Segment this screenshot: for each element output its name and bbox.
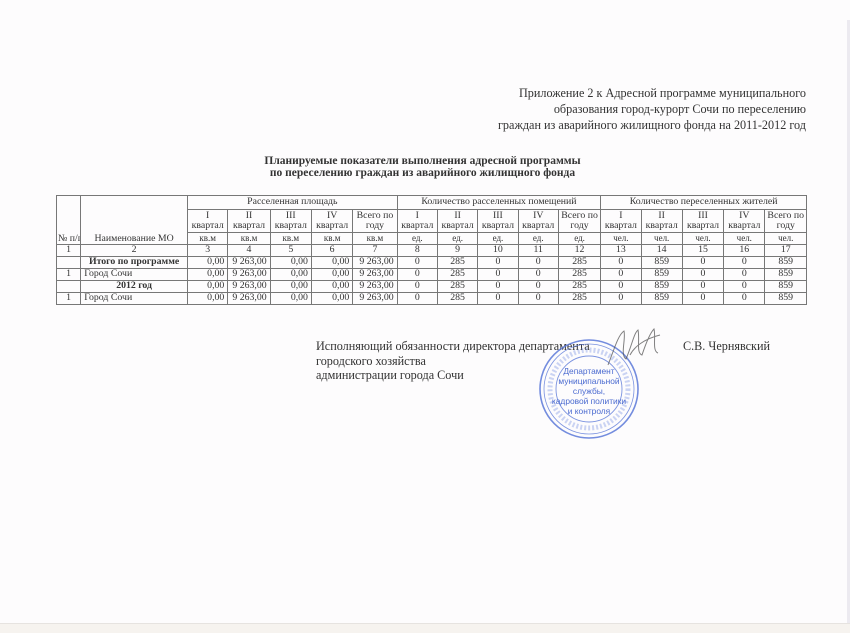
data-cell: 0,00: [311, 281, 352, 293]
data-cell: 0: [682, 257, 723, 269]
data-cell: 0,00: [188, 257, 228, 269]
data-cell: 0: [724, 281, 765, 293]
unit-cell: чел.: [682, 233, 723, 245]
group-header: Расселенная площадь: [188, 196, 398, 210]
unit-cell: чел.: [641, 233, 682, 245]
data-cell: 0: [397, 281, 437, 293]
data-cell: 0: [682, 293, 723, 305]
appendix-line: образования город-курорт Сочи по пересел…: [498, 101, 806, 117]
unit-cell: чел.: [601, 233, 641, 245]
column-index: 10: [478, 245, 518, 257]
quarter-header: IIIквартал: [270, 210, 311, 233]
unit-cell: ед.: [397, 233, 437, 245]
data-cell: 0,00: [270, 293, 311, 305]
data-cell: 9 263,00: [353, 257, 397, 269]
data-cell: 285: [437, 257, 477, 269]
quarter-header: IIIквартал: [682, 210, 723, 233]
data-cell: 0: [601, 257, 641, 269]
data-cell: 0: [518, 257, 558, 269]
data-cell: 0: [397, 269, 437, 281]
data-cell: 0,00: [188, 281, 228, 293]
data-cell: 0,00: [311, 293, 352, 305]
column-index: 6: [311, 245, 352, 257]
column-index: 13: [601, 245, 641, 257]
column-index: 16: [724, 245, 765, 257]
table-row: Итого по программе0,009 263,000,000,009 …: [57, 257, 807, 269]
data-cell: 859: [641, 281, 682, 293]
quarter-header: IVквартал: [724, 210, 765, 233]
quarter-header: IIIквартал: [478, 210, 518, 233]
title-line: Планируемые показатели выполнения адресн…: [240, 155, 605, 167]
quarter-word: квартал: [439, 221, 476, 232]
table-row: 2012 год0,009 263,000,000,009 263,000285…: [57, 281, 807, 293]
unit-cell: ед.: [558, 233, 600, 245]
column-index-row: 1234567891011121314151617: [57, 245, 807, 257]
column-index: 9: [437, 245, 477, 257]
unit-cell: ед.: [518, 233, 558, 245]
document-title: Планируемые показатели выполнения адресн…: [240, 155, 605, 179]
stamp-line: муниципальной: [538, 376, 640, 386]
quarter-word: квартал: [313, 221, 351, 232]
quarter-word: квартал: [520, 221, 557, 232]
quarter-header: IIквартал: [228, 210, 270, 233]
column-index: 14: [641, 245, 682, 257]
quarter-word: квартал: [189, 221, 226, 232]
data-cell: 0,00: [311, 269, 352, 281]
header-name: Наименование МО: [81, 196, 188, 245]
unit-cell: ед.: [437, 233, 477, 245]
data-cell: 0: [724, 293, 765, 305]
quarter-word: квартал: [229, 221, 268, 232]
column-index: 15: [682, 245, 723, 257]
data-cell: 0: [682, 281, 723, 293]
column-index: 2: [81, 245, 188, 257]
appendix-line: граждан из аварийного жилищного фонда на…: [498, 117, 806, 133]
header-num: № п/п: [57, 196, 81, 245]
column-index: 8: [397, 245, 437, 257]
data-cell: 0: [478, 293, 518, 305]
data-cell: 0: [601, 293, 641, 305]
page-edge: [0, 623, 850, 633]
data-cell: 285: [558, 293, 600, 305]
data-cell: 285: [558, 281, 600, 293]
total-line: году: [766, 221, 805, 232]
data-cell: 9 263,00: [353, 281, 397, 293]
quarter-header: IVквартал: [518, 210, 558, 233]
stamp-line: кадровой политики: [538, 396, 640, 406]
column-index: 4: [228, 245, 270, 257]
data-cell: 285: [558, 257, 600, 269]
data-cell: 0: [397, 257, 437, 269]
data-cell: 0: [601, 269, 641, 281]
unit-cell: кв.м: [270, 233, 311, 245]
data-cell: 9 263,00: [228, 281, 270, 293]
column-index: 1: [57, 245, 81, 257]
table-row: 1Город Сочи0,009 263,000,000,009 263,000…: [57, 269, 807, 281]
data-cell: 0: [478, 269, 518, 281]
stamp-line: и контроля: [538, 406, 640, 416]
data-cell: 859: [641, 257, 682, 269]
quarter-header: IIквартал: [437, 210, 477, 233]
quarter-header: IVквартал: [311, 210, 352, 233]
row-name: Итого по программе: [81, 257, 188, 269]
quarter-word: квартал: [602, 221, 639, 232]
data-cell: 0: [518, 269, 558, 281]
row-num: 1: [57, 293, 81, 305]
column-index: 7: [353, 245, 397, 257]
data-cell: 285: [437, 281, 477, 293]
data-cell: 0: [682, 269, 723, 281]
unit-cell: чел.: [765, 233, 807, 245]
column-index: 3: [188, 245, 228, 257]
title-line: по переселению граждан из аварийного жил…: [240, 167, 605, 179]
row-name: 2012 год: [81, 281, 188, 293]
stamp-line: службы,: [538, 386, 640, 396]
data-cell: 9 263,00: [353, 269, 397, 281]
quarter-header: Iквартал: [188, 210, 228, 233]
quarter-header: IIквартал: [641, 210, 682, 233]
data-cell: 0: [397, 293, 437, 305]
data-cell: 0: [724, 257, 765, 269]
data-cell: 0,00: [270, 281, 311, 293]
quarter-header: Iквартал: [397, 210, 437, 233]
total-line: году: [354, 221, 395, 232]
appendix-line: Приложение 2 к Адресной программе муници…: [498, 85, 806, 101]
data-cell: 859: [765, 269, 807, 281]
data-cell: 0: [518, 281, 558, 293]
quarter-header: Iквартал: [601, 210, 641, 233]
row-num: [57, 281, 81, 293]
total-line: году: [560, 221, 599, 232]
quarter-word: квартал: [684, 221, 722, 232]
quarter-word: квартал: [272, 221, 310, 232]
total-header: Всего погоду: [558, 210, 600, 233]
header-row-groups: № п/пНаименование МОРасселенная площадьК…: [57, 196, 807, 210]
data-cell: 9 263,00: [353, 293, 397, 305]
data-cell: 285: [437, 293, 477, 305]
data-cell: 859: [765, 293, 807, 305]
column-index: 17: [765, 245, 807, 257]
row-num: 1: [57, 269, 81, 281]
data-cell: 859: [765, 257, 807, 269]
total-header: Всего погоду: [765, 210, 807, 233]
data-cell: 0: [601, 281, 641, 293]
unit-cell: кв.м: [311, 233, 352, 245]
data-cell: 9 263,00: [228, 269, 270, 281]
data-cell: 9 263,00: [228, 257, 270, 269]
table-row: 1Город Сочи0,009 263,000,000,009 263,000…: [57, 293, 807, 305]
data-cell: 9 263,00: [228, 293, 270, 305]
data-cell: 0,00: [188, 269, 228, 281]
signer-name: С.В. Чернявский: [683, 339, 770, 354]
unit-cell: кв.м: [228, 233, 270, 245]
data-cell: 0: [724, 269, 765, 281]
data-cell: 285: [558, 269, 600, 281]
indicators-table: № п/пНаименование МОРасселенная площадьК…: [56, 195, 807, 305]
row-name: Город Сочи: [81, 293, 188, 305]
stamp-text: Департамент муниципальной службы, кадров…: [538, 366, 640, 416]
data-cell: 285: [437, 269, 477, 281]
column-index: 12: [558, 245, 600, 257]
column-index: 11: [518, 245, 558, 257]
data-cell: 0: [478, 257, 518, 269]
quarter-word: квартал: [399, 221, 436, 232]
data-cell: 0,00: [188, 293, 228, 305]
row-num: [57, 257, 81, 269]
data-cell: 859: [641, 293, 682, 305]
data-cell: 859: [765, 281, 807, 293]
row-name: Город Сочи: [81, 269, 188, 281]
group-header: Количество расселенных помещений: [397, 196, 601, 210]
quarter-word: квартал: [643, 221, 681, 232]
appendix-note: Приложение 2 к Адресной программе муници…: [498, 85, 806, 133]
quarter-word: квартал: [479, 221, 516, 232]
data-cell: 0: [518, 293, 558, 305]
data-cell: 859: [641, 269, 682, 281]
column-index: 5: [270, 245, 311, 257]
data-cell: 0,00: [270, 257, 311, 269]
unit-cell: кв.м: [188, 233, 228, 245]
data-cell: 0,00: [270, 269, 311, 281]
total-header: Всего погоду: [353, 210, 397, 233]
unit-cell: ед.: [478, 233, 518, 245]
quarter-word: квартал: [725, 221, 763, 232]
unit-cell: чел.: [724, 233, 765, 245]
data-cell: 0: [478, 281, 518, 293]
group-header: Количество переселенных жителей: [601, 196, 807, 210]
handwritten-signature-icon: [604, 325, 664, 370]
unit-cell: кв.м: [353, 233, 397, 245]
data-cell: 0,00: [311, 257, 352, 269]
